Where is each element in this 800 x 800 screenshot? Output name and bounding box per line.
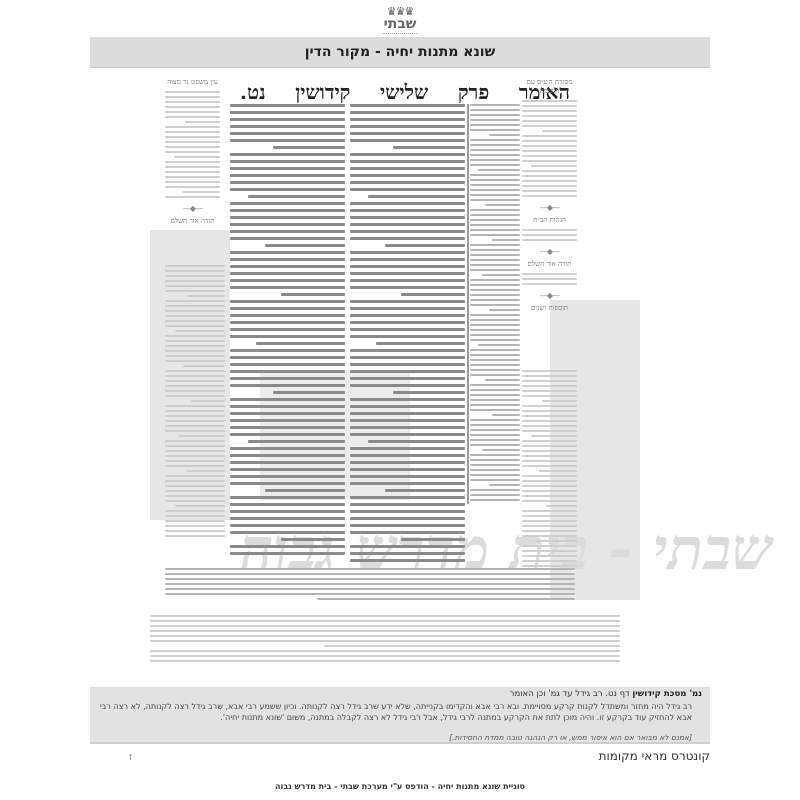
text-line	[522, 515, 577, 517]
text-line	[470, 354, 520, 356]
text-line	[522, 530, 577, 532]
text-line	[539, 470, 578, 472]
text-line	[470, 124, 520, 126]
right-margin-lines	[522, 273, 577, 285]
text-line	[522, 278, 577, 280]
text-line	[165, 320, 225, 322]
text-line	[470, 324, 520, 326]
text-line	[522, 234, 577, 236]
text-line	[230, 139, 345, 142]
text-line	[350, 237, 465, 240]
text-line	[470, 399, 520, 401]
text-line	[230, 314, 345, 317]
text-line	[470, 174, 520, 176]
text-line	[230, 160, 345, 163]
text-line	[187, 295, 225, 297]
text-line	[470, 154, 520, 156]
text-line	[230, 349, 345, 352]
text-line	[165, 310, 225, 312]
text-line	[230, 118, 345, 121]
text-line	[350, 496, 465, 499]
text-line	[470, 389, 520, 391]
text-line	[522, 545, 577, 547]
text-line	[230, 279, 345, 282]
text-line	[350, 349, 465, 352]
page-footer: סוגיית שונא מתנות יחיה - הודפס ע"י מערכת…	[0, 782, 800, 791]
text-line	[470, 404, 520, 406]
perek-label: פרק	[458, 80, 489, 105]
text-line	[230, 447, 345, 450]
text-line	[230, 419, 345, 422]
text-line	[165, 530, 225, 532]
text-line	[470, 359, 520, 361]
text-line	[165, 420, 225, 422]
text-line	[470, 424, 520, 426]
text-line	[230, 377, 345, 380]
text-line	[230, 496, 345, 499]
column-divider	[467, 104, 469, 504]
text-line	[273, 146, 345, 149]
text-line	[165, 450, 225, 452]
text-line	[531, 165, 577, 167]
text-line	[522, 460, 577, 462]
text-line	[522, 535, 577, 537]
text-line	[350, 356, 465, 359]
source-tractate: נמ' מסכת קידושין	[632, 689, 702, 699]
text-line	[470, 219, 520, 221]
text-line	[470, 469, 520, 471]
text-line	[230, 412, 345, 415]
text-line	[350, 447, 465, 450]
text-line	[470, 439, 520, 441]
text-line	[165, 181, 220, 183]
text-line	[350, 153, 465, 156]
text-line	[165, 593, 575, 595]
tosafot-column	[165, 265, 225, 595]
text-line	[265, 244, 346, 247]
text-line	[470, 299, 520, 301]
text-line	[401, 538, 465, 541]
text-line	[350, 468, 465, 471]
text-line	[492, 414, 520, 416]
right-margin-column: מסורת הש״ס עם הוספות —◆— הגהות הב״ח —◆— …	[522, 78, 577, 358]
text-line	[230, 251, 345, 254]
text-line	[165, 270, 225, 272]
text-line	[470, 144, 520, 146]
text-line	[470, 349, 520, 351]
text-line	[522, 490, 577, 492]
text-line	[165, 91, 220, 93]
text-line	[350, 545, 465, 548]
text-line	[485, 379, 520, 381]
text-line	[165, 520, 225, 522]
text-line	[230, 363, 345, 366]
text-line	[350, 461, 465, 464]
text-line	[470, 149, 520, 151]
text-line	[350, 328, 465, 331]
text-line	[470, 139, 520, 141]
text-line	[230, 545, 345, 548]
text-line	[470, 114, 520, 116]
text-line	[350, 377, 465, 380]
text-line	[165, 96, 220, 98]
main-heading: האומר פרק שלישי קידושין נט.	[240, 80, 570, 105]
text-line	[489, 309, 521, 311]
text-line	[470, 459, 520, 461]
text-line	[187, 470, 225, 472]
text-line	[522, 170, 577, 172]
text-line	[165, 176, 220, 178]
text-line	[230, 132, 345, 135]
text-line	[165, 583, 575, 585]
text-line	[230, 188, 345, 191]
text-line	[522, 510, 577, 512]
text-line	[230, 265, 345, 268]
text-line	[350, 503, 465, 506]
text-line	[230, 272, 345, 275]
text-line	[522, 150, 577, 152]
text-line	[522, 480, 577, 482]
text-line	[230, 426, 345, 429]
text-line	[179, 435, 225, 437]
logo-name: שבתי	[370, 17, 430, 31]
text-line	[522, 445, 577, 447]
text-line	[165, 475, 225, 477]
text-line	[165, 455, 225, 457]
text-line	[165, 360, 225, 362]
text-line	[470, 409, 520, 411]
text-line	[522, 375, 577, 377]
text-line	[165, 430, 225, 432]
text-line	[350, 265, 465, 268]
text-line	[165, 410, 225, 412]
text-line	[165, 340, 225, 342]
text-line	[248, 195, 345, 198]
text-line	[470, 319, 520, 321]
right-margin-lines	[522, 100, 577, 197]
text-line	[470, 259, 520, 261]
text-line	[350, 419, 465, 422]
text-line	[165, 116, 220, 118]
text-line	[522, 420, 577, 422]
text-line	[265, 489, 346, 492]
text-line	[350, 454, 465, 457]
text-line	[470, 164, 520, 166]
text-line	[522, 115, 577, 117]
text-line	[165, 146, 220, 148]
text-line	[522, 370, 577, 372]
text-line	[165, 350, 225, 352]
text-line	[489, 484, 521, 486]
text-line	[230, 433, 345, 436]
text-line	[350, 286, 465, 289]
text-line	[165, 380, 225, 382]
right-mid-title-3: תוספות ישנים	[522, 304, 577, 313]
text-line	[350, 531, 465, 534]
text-line	[522, 135, 577, 137]
text-line	[522, 283, 577, 285]
text-line	[165, 375, 225, 377]
text-line	[165, 166, 220, 168]
text-line	[165, 355, 225, 357]
text-line	[350, 405, 465, 408]
text-line	[492, 239, 520, 241]
text-line	[150, 625, 620, 627]
text-line	[150, 640, 620, 642]
text-line	[522, 485, 577, 487]
source-range: דף נט. רב גידל עד גמ' וכן האומר	[510, 689, 630, 699]
text-line	[470, 109, 520, 111]
text-line	[150, 635, 620, 637]
page-number: ז	[129, 752, 132, 763]
text-line	[165, 573, 575, 575]
text-line	[470, 234, 520, 236]
text-line	[165, 265, 225, 267]
text-line	[230, 111, 345, 114]
text-line	[522, 160, 577, 162]
text-line	[165, 101, 220, 103]
text-line	[350, 426, 465, 429]
text-line	[470, 249, 520, 251]
text-line	[470, 279, 520, 281]
text-line	[165, 136, 220, 138]
text-line	[470, 119, 520, 121]
text-line	[485, 204, 520, 206]
text-line	[165, 440, 225, 442]
text-line	[185, 121, 220, 123]
text-line	[350, 412, 465, 415]
text-line	[165, 460, 225, 462]
gemara-left-column	[230, 104, 345, 559]
text-line	[350, 433, 465, 436]
text-line	[350, 559, 465, 562]
text-line	[165, 415, 225, 417]
text-line	[230, 503, 345, 506]
text-line	[165, 280, 225, 282]
text-line	[350, 174, 465, 177]
commentary-bottom-block	[165, 568, 575, 608]
text-line	[470, 464, 520, 466]
text-line	[230, 405, 345, 408]
page-title: שונא מתנות יחיה - מקור הדין	[90, 44, 710, 60]
text-line	[230, 370, 345, 373]
text-line	[470, 199, 520, 201]
text-line	[230, 125, 345, 128]
text-line	[470, 179, 520, 181]
text-line	[470, 364, 520, 366]
text-line	[522, 550, 577, 552]
text-line	[522, 520, 577, 522]
text-line	[522, 140, 577, 142]
text-line	[165, 186, 220, 188]
text-line	[281, 293, 345, 296]
divider-ornament: —◆—	[522, 247, 577, 256]
text-line	[150, 620, 620, 622]
text-line	[470, 129, 520, 131]
text-line	[230, 328, 345, 331]
text-line	[350, 384, 465, 387]
text-line	[230, 468, 345, 471]
text-line	[230, 286, 345, 289]
text-line	[165, 510, 225, 512]
text-line	[165, 275, 225, 277]
text-line	[165, 535, 225, 537]
text-line	[470, 419, 520, 421]
text-line	[350, 398, 465, 401]
text-line	[165, 325, 225, 327]
text-line	[522, 410, 577, 412]
text-line	[522, 175, 577, 177]
source-note: [אמנם לא מבואר אם הוא איסור ממש, או רק ה…	[449, 733, 692, 742]
text-line	[350, 475, 465, 478]
text-line	[182, 191, 221, 193]
text-line	[174, 156, 220, 158]
text-line	[350, 258, 465, 261]
text-line	[350, 111, 465, 114]
text-line	[281, 538, 345, 541]
text-line	[230, 300, 345, 303]
text-line	[542, 400, 577, 402]
text-line	[230, 307, 345, 310]
text-line	[522, 475, 577, 477]
text-line	[522, 565, 577, 567]
text-line	[470, 224, 520, 226]
text-line	[522, 380, 577, 382]
text-line	[165, 106, 220, 108]
source-box: נמ' מסכת קידושין דף נט. רב גידל עד גמ' ו…	[90, 687, 710, 744]
text-line	[230, 167, 345, 170]
text-line	[350, 209, 465, 212]
text-line	[350, 510, 465, 513]
text-line	[522, 105, 577, 107]
text-line	[482, 274, 521, 276]
text-line	[165, 485, 225, 487]
text-line	[350, 132, 465, 135]
rashi-column	[470, 104, 520, 594]
text-line	[470, 494, 520, 496]
text-line	[165, 131, 220, 133]
text-line	[535, 540, 577, 542]
left-margin-lines	[165, 91, 220, 198]
text-line	[350, 118, 465, 121]
text-line	[191, 400, 225, 402]
text-line	[470, 294, 520, 296]
text-line	[350, 160, 465, 163]
text-line	[350, 300, 465, 303]
source-body: רב גידל היה מחזר ומשתדל לקנות קרקע מסויי…	[100, 702, 692, 723]
text-line	[470, 184, 520, 186]
text-line	[393, 391, 465, 394]
text-line	[350, 524, 465, 527]
text-line	[376, 342, 465, 345]
text-line	[165, 405, 225, 407]
divider-ornament: —◆—	[165, 204, 220, 213]
text-line	[522, 185, 577, 187]
text-line	[470, 209, 520, 211]
text-line	[165, 568, 575, 570]
text-line	[165, 290, 225, 292]
text-line	[165, 370, 225, 372]
right-mid-title-2: תורה אור השלם	[522, 260, 577, 269]
divider-ornament: —◆—	[522, 203, 577, 212]
text-line	[150, 615, 620, 617]
text-line	[165, 445, 225, 447]
text-line	[522, 500, 577, 502]
text-line	[470, 229, 520, 231]
text-line	[165, 578, 575, 580]
text-line	[522, 385, 577, 387]
text-line	[230, 104, 345, 107]
text-line	[175, 330, 225, 332]
text-line	[165, 305, 225, 307]
text-line	[470, 334, 520, 336]
text-line	[489, 134, 521, 136]
footnotes-block	[150, 615, 620, 670]
text-line	[350, 279, 465, 282]
text-line	[165, 345, 225, 347]
text-line	[470, 304, 520, 306]
text-line	[470, 384, 520, 386]
text-line	[230, 237, 345, 240]
right-mid-title-1: הגהות הב״ח	[522, 216, 577, 225]
left-margin-column: עין משפט נר מצוה —◆— תורה אור השלם	[165, 78, 220, 258]
text-line	[165, 315, 225, 317]
text-line	[324, 645, 620, 647]
text-line	[350, 363, 465, 366]
text-line	[522, 195, 577, 197]
text-line	[478, 344, 520, 346]
text-line	[470, 374, 520, 376]
text-line	[317, 598, 575, 600]
text-line	[522, 155, 577, 157]
text-line	[273, 391, 345, 394]
text-line	[350, 251, 465, 254]
text-line	[368, 440, 465, 443]
text-line	[350, 223, 465, 226]
text-line	[165, 285, 225, 287]
text-line	[470, 499, 520, 501]
logo-underline	[383, 33, 417, 36]
text-line	[522, 415, 577, 417]
text-line	[470, 394, 520, 396]
text-line	[350, 552, 465, 555]
text-line	[230, 258, 345, 261]
text-line	[165, 196, 220, 198]
text-line	[350, 314, 465, 317]
left-top-title: עין משפט נר מצוה	[165, 78, 220, 87]
text-line	[470, 194, 520, 196]
text-line	[350, 167, 465, 170]
source-title: נמ' מסכת קידושין דף נט. רב גידל עד גמ' ו…	[510, 689, 702, 699]
text-line	[230, 524, 345, 527]
text-line	[350, 307, 465, 310]
text-line	[522, 273, 577, 275]
text-line	[230, 531, 345, 534]
text-line	[350, 482, 465, 485]
text-line	[470, 489, 520, 491]
text-line	[522, 145, 577, 147]
text-line	[165, 425, 225, 427]
text-line	[470, 254, 520, 256]
text-line	[522, 555, 577, 557]
text-line	[165, 390, 225, 392]
text-line	[546, 505, 577, 507]
text-line	[350, 104, 465, 107]
section-title: קונטרס מראי מקומות	[599, 749, 710, 763]
text-line	[230, 482, 345, 485]
text-line	[350, 321, 465, 324]
text-line	[256, 342, 345, 345]
